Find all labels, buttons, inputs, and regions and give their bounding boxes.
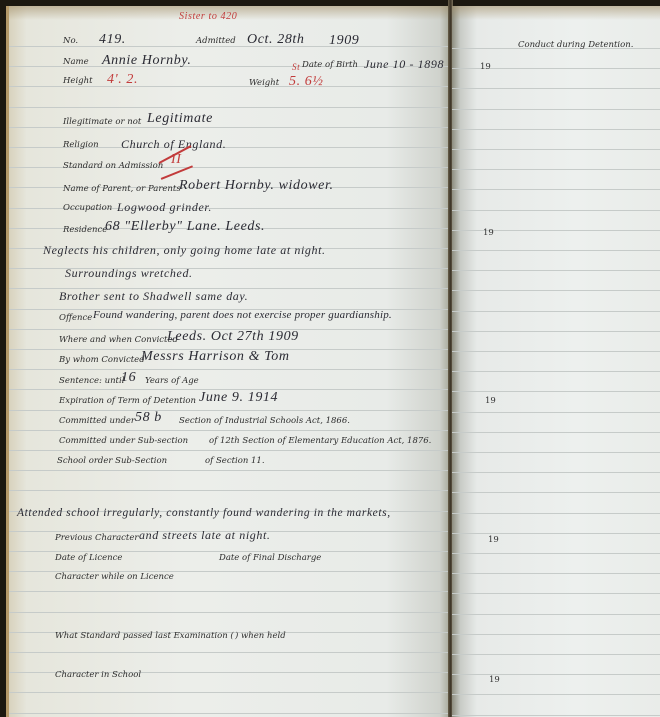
- label-religion: Religion: [63, 140, 99, 150]
- year-prefix: 19: [480, 62, 491, 72]
- value-by-whom: Messrs Harrison & Tom: [141, 349, 290, 365]
- ruled-line: [452, 290, 660, 291]
- conduct-heading: Conduct during Detention.: [518, 40, 633, 50]
- ruled-line: [452, 270, 660, 271]
- ruled-line: [452, 129, 660, 130]
- label-height: Height: [63, 76, 93, 86]
- ruled-line: [9, 369, 453, 370]
- ruled-line: [452, 472, 660, 473]
- value-sentence: 16: [121, 370, 136, 386]
- label-sentence-suffix: Years of Age: [145, 376, 199, 386]
- ruled-line: [452, 391, 660, 392]
- value-dob: June 10 - 1898: [364, 57, 444, 72]
- value-offence: Found wandering, parent does not exercis…: [93, 309, 392, 321]
- value-where-when: Leeds. Oct 27th 1909: [167, 329, 299, 345]
- label-dob: Date of Birth: [302, 60, 358, 70]
- note-line-3: Brother sent to Shadwell same day.: [59, 289, 248, 304]
- ruled-line: [9, 612, 453, 613]
- label-weight: Weight: [249, 78, 279, 88]
- label-where-when: Where and when Convicted: [59, 335, 178, 345]
- ruled-line: [452, 250, 660, 251]
- value-expiration: June 9. 1914: [199, 390, 278, 406]
- left-page: Sister to 420 No. 419. Admitted Oct. 28t…: [6, 6, 453, 717]
- label-expiration: Expiration of Term of Detention: [59, 396, 196, 406]
- ruled-line: [9, 107, 453, 108]
- ledger-book: Sister to 420 No. 419. Admitted Oct. 28t…: [0, 0, 660, 717]
- label-committed-under: Committed under: [59, 416, 135, 426]
- ruled-line: [452, 533, 660, 534]
- previous-character-note: Attended school irregularly, constantly …: [17, 507, 391, 519]
- ruled-line: [452, 169, 660, 170]
- label-committed-subsection-suffix: of 12th Section of Elementary Education …: [209, 436, 431, 446]
- year-prefix: 19: [488, 535, 499, 545]
- ruled-line: [452, 694, 660, 695]
- label-character-school: Character in School: [55, 670, 141, 680]
- ruled-line: [452, 371, 660, 372]
- ruled-line: [452, 432, 660, 433]
- label-offence: Offence: [59, 313, 92, 323]
- year-prefix: 19: [485, 396, 496, 406]
- ruled-line: [452, 189, 660, 190]
- ruled-line: [9, 450, 453, 451]
- ruled-line: [452, 88, 660, 89]
- ruled-line: [452, 654, 660, 655]
- label-admitted: Admitted: [196, 36, 236, 46]
- label-character-licence: Character while on Licence: [55, 572, 174, 582]
- label-standard: Standard on Admission: [63, 161, 163, 171]
- label-occupation: Occupation: [63, 203, 112, 213]
- ruled-line: [9, 692, 453, 693]
- label-name: Name: [63, 57, 89, 67]
- label-last-examination-suffix: ) when held: [235, 631, 286, 641]
- value-height: 4'. 2.: [107, 72, 138, 88]
- ruled-line: [9, 430, 453, 431]
- year-prefix: 19: [489, 675, 500, 685]
- label-school-order-suffix: of Section 11.: [205, 456, 265, 466]
- label-parent: Name of Parent, or Parents: [63, 184, 181, 194]
- ruled-line: [9, 490, 453, 491]
- value-weight: 5. 6½: [289, 74, 324, 90]
- value-name: Annie Hornby.: [102, 53, 191, 69]
- ruled-line: [9, 652, 453, 653]
- label-residence: Residence: [63, 225, 107, 235]
- value-religion: Church of England.: [121, 137, 226, 152]
- label-committed-suffix: Section of Industrial Schools Act, 1866.: [179, 416, 350, 426]
- ruled-line: [9, 470, 453, 471]
- ruled-line: [452, 634, 660, 635]
- value-weight-prefix: St: [292, 62, 300, 72]
- value-residence: 68 "Ellerby" Lane. Leeds.: [105, 219, 265, 235]
- ruled-line: [9, 86, 453, 87]
- label-by-whom: By whom Convicted: [59, 355, 145, 365]
- ruled-line: [452, 210, 660, 211]
- ruled-line: [452, 674, 660, 675]
- ruled-line: [452, 593, 660, 594]
- annotation-sister: Sister to 420: [179, 11, 237, 22]
- label-illegitimate: Illegitimate or not: [63, 117, 141, 127]
- ruled-line: [452, 513, 660, 514]
- ruled-line: [9, 713, 453, 714]
- value-parent: Robert Hornby. widower.: [179, 178, 334, 194]
- value-admitted-year: 1909: [329, 33, 359, 49]
- year-prefix: 19: [483, 228, 494, 238]
- label-date-final-discharge: Date of Final Discharge: [219, 553, 321, 563]
- label-previous-character: Previous Character: [55, 533, 138, 543]
- ruled-line: [9, 410, 453, 411]
- value-occupation: Logwood grinder.: [117, 200, 212, 215]
- value-previous-character: and streets late at night.: [139, 528, 270, 543]
- ruled-line: [452, 573, 660, 574]
- note-line-1: Neglects his children, only going home l…: [43, 243, 326, 258]
- label-last-examination: What Standard passed last Examination (: [55, 631, 234, 641]
- ruled-line: [452, 553, 660, 554]
- label-school-order: School order Sub-Section: [57, 456, 167, 466]
- ruled-line: [452, 715, 660, 716]
- ruled-line: [9, 591, 453, 592]
- label-sentence: Sentence: until: [59, 376, 124, 386]
- right-page: Conduct during Detention. 19 19 19 19 19: [452, 6, 660, 717]
- ruled-line: [452, 452, 660, 453]
- note-line-2: Surroundings wretched.: [65, 266, 193, 281]
- value-illegitimate: Legitimate: [147, 111, 213, 127]
- ruled-line: [452, 149, 660, 150]
- ruled-line: [452, 331, 660, 332]
- ruled-line: [452, 311, 660, 312]
- label-committed-subsection: Committed under Sub-section: [59, 436, 188, 446]
- label-date-of-licence: Date of Licence: [55, 553, 122, 563]
- ruled-line: [9, 551, 453, 552]
- label-number: No.: [63, 36, 78, 46]
- value-admitted: Oct. 28th: [247, 32, 305, 48]
- ruled-line: [9, 46, 453, 47]
- ruled-line: [452, 492, 660, 493]
- ruled-line: [452, 412, 660, 413]
- value-number: 419.: [99, 32, 126, 48]
- page-wear: [452, 6, 660, 20]
- ruled-line: [452, 351, 660, 352]
- ruled-line: [452, 109, 660, 110]
- value-committed-under: 58 b: [135, 410, 162, 426]
- ruled-line: [452, 614, 660, 615]
